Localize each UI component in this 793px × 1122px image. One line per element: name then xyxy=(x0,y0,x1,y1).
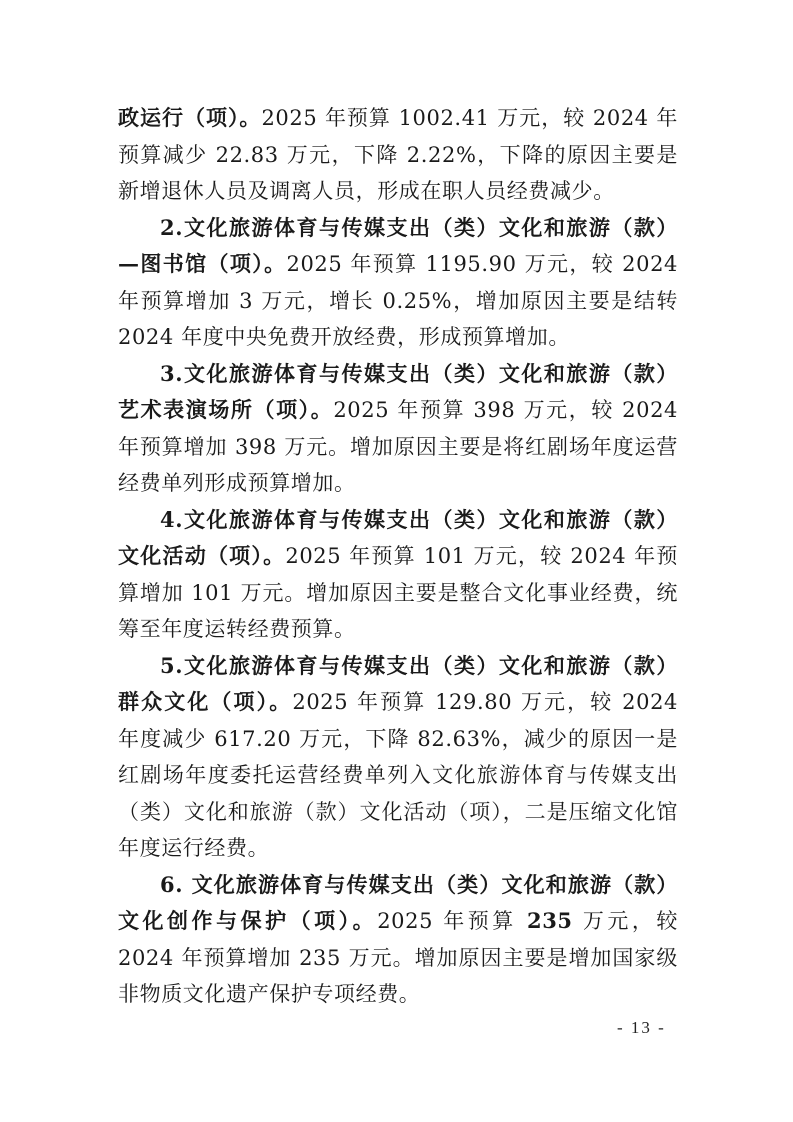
paragraph-mass-culture: 5.文化旅游体育与传媒支出（类）文化和旅游（款）群众文化（项）。2025 年预算… xyxy=(118,648,678,867)
paragraph-text: 2025 年预算 129.80 万元，较 2024 年度减少 617.20 万元… xyxy=(118,690,678,860)
paragraph-heading: 政运行（项）。 xyxy=(118,105,261,130)
paragraph-text: 2025 年预算 xyxy=(377,909,527,933)
paragraph-general-admin-continuation: 政运行（项）。2025 年预算 1002.41 万元，较 2024 年预算减少 … xyxy=(118,100,678,210)
paragraph-library: 2.文化旅游体育与传媒支出（类）文化和旅游（款）—图书馆（项）。2025 年预算… xyxy=(118,210,678,356)
paragraph-cultural-activities: 4.文化旅游体育与传媒支出（类）文化和旅游（款）文化活动（项）。2025 年预算… xyxy=(118,502,678,648)
paragraph-cultural-creation-protection: 6. 文化旅游体育与传媒支出（类）文化和旅游（款）文化创作与保护（项）。2025… xyxy=(118,867,678,1013)
page-number: - 13 - xyxy=(617,1018,666,1038)
document-body: 政运行（项）。2025 年预算 1002.41 万元，较 2024 年预算减少 … xyxy=(118,100,678,1013)
paragraph-text-bold-amount: 235 xyxy=(527,908,573,933)
paragraph-performance-venues: 3.文化旅游体育与传媒支出（类）文化和旅游（款）艺术表演场所（项）。2025 年… xyxy=(118,356,678,502)
